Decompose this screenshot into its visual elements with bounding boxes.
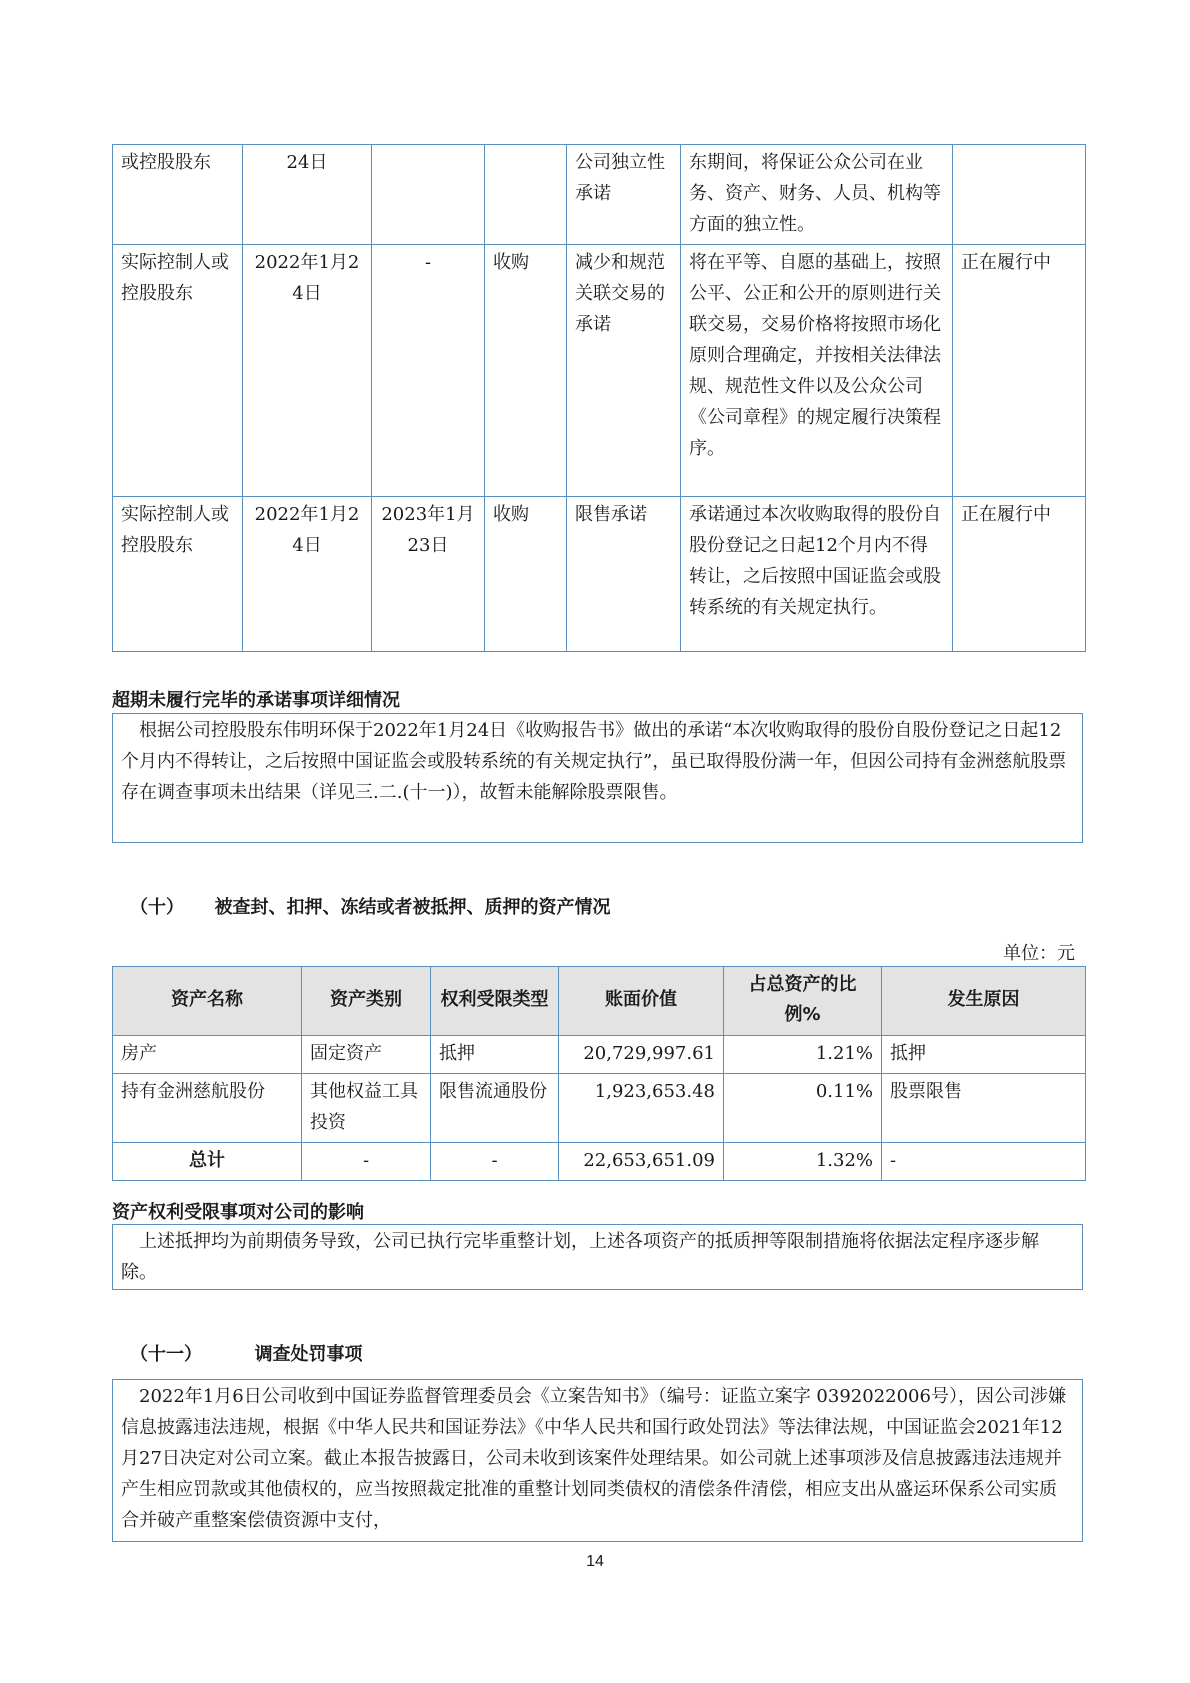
reason-cell: 股票限售	[882, 1074, 1086, 1143]
content-cell: 东期间，将保证公众公司在业务、资产、财务、人员、机构等方面的独立性。	[681, 145, 953, 245]
end-date-cell: -	[372, 245, 485, 497]
unit-label: 单位：元	[1003, 939, 1075, 965]
page-number: 14	[0, 1553, 1190, 1571]
asset-category-cell: 其他权益工具投资	[302, 1074, 431, 1143]
table-row: 房产 固定资产 抵押 20,729,997.61 1.21% 抵押	[113, 1036, 1086, 1074]
ratio-cell: 0.11%	[724, 1074, 882, 1143]
total-book-value-cell: 22,653,651.09	[559, 1143, 724, 1181]
section-title: 被查封、扣押、冻结或者被抵押、质押的资产情况	[215, 897, 611, 918]
end-date-cell: 2023年1月23日	[372, 497, 485, 652]
total-ratio-cell: 1.32%	[724, 1143, 882, 1181]
type-cell: 减少和规范关联交易的承诺	[567, 245, 681, 497]
content-cell: 将在平等、自愿的基础上，按照公平、公正和公开的原则进行关联交易，交易价格将按照市…	[681, 245, 953, 497]
end-date-cell	[372, 145, 485, 245]
asset-name-cell: 持有金洲慈航股份	[113, 1074, 302, 1143]
section-ten-heading: （十） 被查封、扣押、冻结或者被抵押、质押的资产情况	[130, 893, 611, 919]
restriction-type-cell: 抵押	[431, 1036, 559, 1074]
total-reason-cell: -	[882, 1143, 1086, 1181]
reason-cell: 抵押	[882, 1036, 1086, 1074]
start-date-cell: 2022年1月24日	[243, 245, 372, 497]
status-cell: 正在履行中	[953, 245, 1086, 497]
table-row: 实际控制人或控股股东 2022年1月24日 2023年1月23日 收购 限售承诺…	[113, 497, 1086, 652]
table-row: 或控股股东 24日 公司独立性承诺 东期间，将保证公众公司在业务、资产、财务、人…	[113, 145, 1086, 245]
impact-section-body: 上述抵押均为前期债务导致，公司已执行完毕重整计划，上述各项资产的抵质押等限制措施…	[112, 1224, 1083, 1290]
section-number: （十）	[130, 893, 184, 919]
source-cell: 收购	[485, 245, 567, 497]
document-page: 或控股股东 24日 公司独立性承诺 东期间，将保证公众公司在业务、资产、财务、人…	[0, 0, 1190, 1683]
column-header: 资产名称	[113, 967, 302, 1036]
impact-section-title: 资产权利受限事项对公司的影响	[112, 1198, 364, 1224]
type-cell: 公司独立性承诺	[567, 145, 681, 245]
restriction-type-cell: 限售流通股份	[431, 1074, 559, 1143]
column-header: 占总资产的比例%	[724, 967, 882, 1036]
table-row: 持有金洲慈航股份 其他权益工具投资 限售流通股份 1,923,653.48 0.…	[113, 1074, 1086, 1143]
section-eleven-heading: （十一） 调查处罚事项	[130, 1340, 363, 1366]
ratio-cell: 1.21%	[724, 1036, 882, 1074]
asset-name-cell: 房产	[113, 1036, 302, 1074]
commitments-table: 或控股股东 24日 公司独立性承诺 东期间，将保证公众公司在业务、资产、财务、人…	[112, 144, 1086, 652]
section-eleven-body: 2022年1月6日公司收到中国证券监督管理委员会《立案告知书》（编号：证监立案字…	[112, 1379, 1083, 1542]
overdue-section-title: 超期未履行完毕的承诺事项详细情况	[112, 686, 400, 712]
start-date-cell: 2022年1月24日	[243, 497, 372, 652]
overdue-section-body: 根据公司控股股东伟明环保于2022年1月24日《收购报告书》做出的承诺“本次收购…	[112, 713, 1083, 843]
party-cell: 实际控制人或控股股东	[113, 497, 243, 652]
party-cell: 或控股股东	[113, 145, 243, 245]
table-header-row: 资产名称 资产类别 权利受限类型 账面价值 占总资产的比例% 发生原因	[113, 967, 1086, 1036]
total-restriction-cell: -	[431, 1143, 559, 1181]
source-cell	[485, 145, 567, 245]
table-row: 实际控制人或控股股东 2022年1月24日 - 收购 减少和规范关联交易的承诺 …	[113, 245, 1086, 497]
source-cell: 收购	[485, 497, 567, 652]
status-cell	[953, 145, 1086, 245]
asset-category-cell: 固定资产	[302, 1036, 431, 1074]
column-header: 账面价值	[559, 967, 724, 1036]
book-value-cell: 20,729,997.61	[559, 1036, 724, 1074]
restricted-assets-table: 资产名称 资产类别 权利受限类型 账面价值 占总资产的比例% 发生原因 房产 固…	[112, 966, 1086, 1181]
status-cell: 正在履行中	[953, 497, 1086, 652]
content-cell: 承诺通过本次收购取得的股份自股份登记之日起12个月内不得转让，之后按照中国证监会…	[681, 497, 953, 652]
table-total-row: 总计 - - 22,653,651.09 1.32% -	[113, 1143, 1086, 1181]
section-number: （十一）	[130, 1340, 202, 1366]
column-header: 权利受限类型	[431, 967, 559, 1036]
column-header: 发生原因	[882, 967, 1086, 1036]
total-category-cell: -	[302, 1143, 431, 1181]
column-header: 资产类别	[302, 967, 431, 1036]
section-title: 调查处罚事项	[255, 1344, 363, 1365]
start-date-cell: 24日	[243, 145, 372, 245]
total-label-cell: 总计	[113, 1143, 302, 1181]
party-cell: 实际控制人或控股股东	[113, 245, 243, 497]
book-value-cell: 1,923,653.48	[559, 1074, 724, 1143]
type-cell: 限售承诺	[567, 497, 681, 652]
